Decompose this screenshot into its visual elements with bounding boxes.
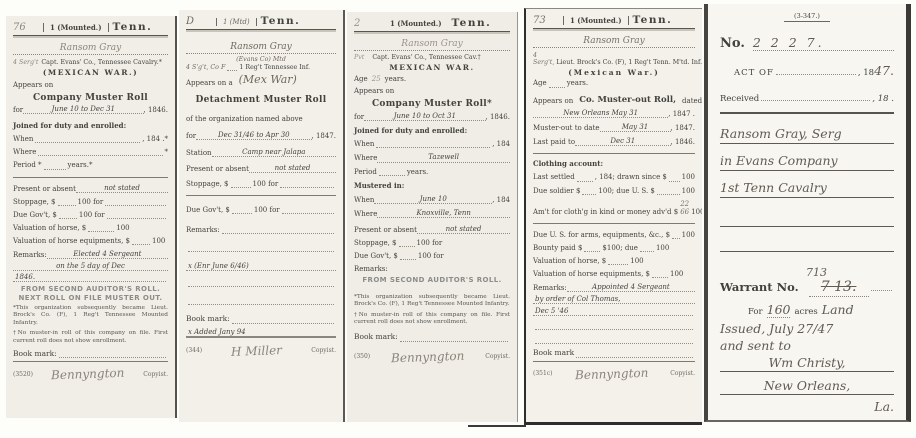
card5-warrant-number-note: 713 [806,266,894,279]
dotted-leader [59,211,77,219]
dotted-leader [640,244,654,252]
card2-roll-title: Detachment Muster Roll [186,95,336,105]
dotted-leader [379,168,405,176]
card4-war-label: (Mexican War.) [533,68,695,77]
card4-arms-100: 100 [682,231,695,239]
card3-appears-on: Appears on [354,87,394,95]
dotted-leader [582,187,596,195]
card1-roll-title: Company Muster Roll [13,93,168,103]
dotted-leader [188,297,334,305]
card4-bookmark-label: Book mark [533,349,574,358]
card5-acres-label: acres [794,308,817,318]
card4-valequip-label: Valuation of horse equipments, $ [533,270,650,278]
card4-print-code: (351c) [533,370,553,377]
dotted-leader [59,350,166,358]
card1-stamp-next-roll: NEXT ROLL ON FILE MUSTER OUT. [13,294,168,302]
card4-arms-label: Due U. S. for arms, equipments, &c., $ [533,231,670,239]
card4-state: Tenn. [633,14,673,26]
card4-dated-year: , 1847 . [668,110,695,118]
card5-agent-city: New Orleans, [720,378,894,395]
card5-no-value: 2 2 2 7. [753,36,894,51]
card4-card-number: 73 [533,15,559,26]
card5-land-word: Land [822,303,854,317]
card4-appears-on: Appears on [533,97,573,105]
card3-duegovt-label: Due Gov't, $ [354,252,398,260]
card3-mustered-heading: Mustered in: [354,182,404,190]
section-divider [720,112,894,114]
dotted-leader [776,67,856,75]
card1-appears-on: Appears on [13,81,53,89]
card2-organization: 1 Reg't Tennessee Inf. [239,64,310,71]
card4-copyist-label: Copyist. [670,370,695,377]
card5-agent-name: Wm Christy, [720,355,894,372]
card1-stoppage-100for: 100 for [78,198,104,206]
card3-roll-title: Company Muster Roll* [354,99,510,109]
soldier-name: Ransom Gray [186,42,336,54]
card5-sent-to-line: and sent to [720,338,894,353]
dotted-leader [44,162,66,170]
dotted-leader [584,244,600,252]
card3-print-code: (350) [354,353,370,360]
card1-joined-heading: Joined for duty and enrolled: [13,122,126,130]
card3-mustered-when-suffix: , 184 [492,196,510,204]
card2-station-value: Camp near Jalapa [212,148,336,157]
card3-for-year: , 1846. [486,113,511,121]
card2-remarks-label: Remarks: [186,226,220,234]
card5-warrant-label: Warrant No. [720,281,799,294]
card4-duesoldier-100: 100 [682,187,695,195]
card1-header: 76 1 (Mounted.) Tenn. [13,21,168,36]
card3-mustered-where-value: Knoxville, Tenn [377,209,510,218]
card-company-muster-roll-1846: 76 1 (Mounted.) Tenn. Ransom Gray 4 Serg… [6,16,177,418]
dotted-leader [132,237,150,245]
card2-unit: 1 (Mtd) [216,18,257,26]
card-company-muster-roll-oct-1846: 2 1 (Mounted.) Tenn. Ransom Gray Pvt Cap… [347,12,518,422]
section-divider [533,223,695,225]
card4-rank: 4 Serg't, [533,52,554,66]
card4-age-label: Age [533,79,547,87]
dotted-leader [399,239,415,247]
card2-bookmark-label: Book mark: [186,315,230,324]
dotted-leader [589,308,693,316]
card5-no-label: No. [720,37,745,52]
card4-unit: 1 (Mounted.) [563,16,629,25]
card4-settled-label: Last settled [533,173,575,181]
card3-remarks-label: Remarks: [354,265,388,273]
card1-bookmark-label: Book mark: [13,350,57,359]
card1-for-period: June 10 to Dec 31 [23,105,143,114]
card1-footnote-1: *This organization subsequently became L… [13,305,168,328]
card4-bounty-label: Bounty paid $ [533,244,582,252]
scan-edge-line [468,425,526,427]
card1-for-year: , 1846. [144,106,169,114]
card1-valequip-label: Valuation of horse equipments, $ [13,237,130,245]
card4-dated-label: dated [682,97,702,105]
card3-present-label: Present or absent [354,226,417,234]
card4-age-suffix: years. [567,79,588,87]
card2-card-number: D [186,16,212,27]
card1-stamp-second-auditors-roll: FROM SECOND AUDITOR'S ROLL. [13,285,168,293]
card5-agent-state: La. [720,399,894,414]
card5-form-code: (3-347.) [784,12,830,22]
card4-amt-label: Am't for cloth'g in kind or money adv'd … [533,208,678,216]
card3-rank: Pvt [354,54,364,61]
card1-remarks-line2: on the 5 day of Dec [13,262,168,271]
card2-bookmark-note: x Added Jany 94 [186,328,336,338]
card3-for-period: June 10 to Oct 31 [364,112,485,121]
card1-print-code: (3520) [13,371,33,378]
dotted-leader [400,334,508,342]
card5-issued-line: Issued, July 27/47 [720,321,894,336]
card2-stoppage-label: Stoppage, $ [186,180,229,188]
card4-remarks-line2: by order of Col Thomas, [533,295,695,304]
dotted-leader [672,231,680,239]
card-land-warrant: (3-347.) No. 2 2 2 7. ACT OF , 18 47. Re… [704,4,911,422]
card2-state: Tenn. [261,15,301,27]
card4-remarks-label: Remarks: [533,284,567,292]
card5-grantee-name: Ransom Gray, Serg [720,126,894,144]
card1-remarks-label: Remarks: [13,251,47,259]
soldier-name: Ransom Gray [533,36,695,48]
card5-received-label: Received [720,95,759,105]
card2-present-value: not stated [249,164,336,173]
card1-remarks-line1: Elected 4 Sergeant [47,250,168,259]
scanned-muster-roll-cards: 76 1 (Mounted.) Tenn. Ransom Gray 4 Serg… [0,0,916,438]
section-divider [533,153,695,155]
card1-for-label: for [13,106,23,114]
card2-duegovt-100for: 100 for [254,206,280,214]
card2-header: D 1 (Mtd) Tenn. [186,15,336,30]
card2-duegovt-label: Due Gov't, $ [186,206,230,214]
card1-where-label: Where [13,148,36,156]
dotted-leader [35,135,140,143]
card1-period-label: Period * [13,161,42,169]
card3-organization: Capt. Evans' Co., Tennessee Cav.† [372,54,480,61]
card3-copyist-signature: Bennyngton [391,348,465,365]
card2-for-label: for [186,132,196,140]
card4-bounty-due: $100; due [602,244,638,252]
card3-copyist-label: Copyist. [485,353,510,360]
section-divider [13,177,168,179]
card3-war-label: MEXICAN WAR. [354,63,510,72]
dotted-leader [669,174,680,182]
dotted-leader [871,283,892,291]
card2-copyist-label: Copyist. [311,347,336,354]
dotted-leader [576,350,693,358]
dotted-leader [608,257,628,265]
card4-amt-100: 100 [691,208,702,216]
card2-station-label: Station [186,149,212,157]
card1-rank: 4 Serg't [13,59,38,66]
card4-duesoldier-label: Due soldier $ [533,187,580,195]
card3-age-label: Age [354,75,368,83]
dotted-leader [761,93,870,101]
card4-musterout-label: Muster-out to date [533,124,600,132]
card4-due-us: 100; due U. S. $ [598,187,654,195]
blank-rule [720,220,894,227]
soldier-name: Ransom Gray [354,39,510,51]
dotted-leader [231,180,251,188]
card5-for-label: For [748,308,763,318]
dotted-leader [280,180,334,188]
dotted-leader [549,80,565,88]
card1-footnote-2: †No muster-in roll of this company on fi… [13,330,168,345]
card1-copyist-signature: Bennyngton [51,366,125,383]
card2-stoppage-100for: 100 for [253,180,279,188]
card1-duegovt-label: Due Gov't, $ [13,211,57,219]
dotted-leader [88,224,114,232]
card3-when-label: When [354,140,374,148]
card4-settled-184: , 184 [595,173,613,181]
card4-amt-value: 22 66 [680,200,689,216]
dotted-leader [376,140,490,148]
card3-mustered-where-label: Where [354,210,377,218]
card3-age-value: 25 [372,75,381,83]
section-divider [13,361,168,363]
card3-where-value: Tazewell [377,153,510,162]
card4-valhorse-label: Valuation of horse, $ [533,257,606,265]
card2-for-year: , 1847. [312,132,337,140]
card4-lastpaid-value: Dec 31 [575,137,670,146]
card1-organization: Capt. Evans' Co., Tennessee Cavalry.* [41,59,162,66]
card1-when-suffix: , 184 .* [142,135,168,143]
blank-rule [720,245,894,252]
card2-war-note: (Mex War) [239,74,297,87]
section-divider [186,195,336,197]
dotted-leader [232,316,334,324]
dotted-leader [227,63,237,71]
card3-bookmark-label: Book mark: [354,333,398,342]
card1-copyist-label: Copyist. [143,371,168,378]
card4-remarks-line3: Dec 5 '46 [533,307,587,316]
card1-when-label: When [13,135,33,143]
card1-unit: 1 (Mounted.) [43,23,109,32]
dotted-leader [577,174,593,182]
card3-period-suffix: years. [407,168,428,176]
card3-stoppage-label: Stoppage, $ [354,239,397,247]
card5-act-18: , 18 [858,69,874,79]
card3-joined-heading: Joined for duty and enrolled: [354,127,467,135]
dotted-leader [282,206,334,214]
dotted-leader [535,322,693,330]
card5-warrant-value: 7 13. [809,279,869,296]
card5-act-year-value: 47. [874,64,894,78]
card1-card-number: 76 [13,22,39,33]
card1-stoppage-label: Stoppage, $ [13,198,56,206]
card1-present-label: Present or absent [13,185,76,193]
card4-valequip-100: 100 [670,270,683,278]
card1-valequip-100: 100 [152,237,165,245]
dotted-leader [535,336,693,344]
card4-header: 73 1 (Mounted.) Tenn. [533,14,695,29]
card4-organization: Lieut. Brock's Co. (F), 1 Reg't Tenn. M'… [556,59,702,66]
dotted-leader [58,198,76,206]
card-muster-out-roll: 73 1 (Mounted.) Tenn. Ransom Gray 4 Serg… [524,8,702,425]
dotted-leader [232,206,252,214]
card3-stamp-second-auditors-roll: FROM SECOND AUDITOR'S ROLL. [354,276,510,284]
dotted-leader [188,244,334,252]
card1-period-suffix: years.* [68,161,93,169]
card2-rank: 4 S'g't, Co F [186,64,225,71]
soldier-name: Ransom Gray [13,43,168,55]
dotted-leader [400,252,416,260]
dotted-leader [59,274,166,282]
card4-settled-100: 100 [682,173,695,181]
card4-drawn-since: ; drawn since $ [613,173,667,181]
card4-musterout-year: , 1847. [671,124,696,132]
card1-duegovt-100for: 100 for [79,211,105,219]
card3-present-value: not stated [417,225,510,234]
dotted-leader [107,211,166,219]
card3-stoppage-100for: 100 for [417,239,443,247]
card4-dated-value: New Orleans May 31 [533,109,668,118]
card3-footnote-2: †No muster-in roll of this company on fi… [354,312,510,327]
card2-enrolled-note: x (Enr June 6/46) [186,262,336,271]
dotted-leader [188,279,334,287]
card5-acres-value: 160 [767,303,791,318]
card5-grantee-company: in Evans Company [720,153,894,171]
card3-age-suffix: years. [385,75,406,83]
card1-present-value: not stated [76,184,168,193]
card3-state: Tenn. [452,17,492,29]
card2-of-line: of the organization named above [186,115,303,123]
card2-appears-on: Appears on a [186,79,233,87]
card3-header: 2 1 (Mounted.) Tenn. [354,17,510,32]
card5-grantee-regiment: 1st Tenn Cavalry [720,180,894,198]
card2-copyist-signature: H Miller [231,343,282,359]
card2-present-label: Present or absent [186,165,249,173]
card2-print-code: (344) [186,347,202,354]
card3-card-number: 2 [354,18,380,29]
dotted-leader [105,198,166,206]
card3-unit: 1 (Mounted.) [384,19,448,28]
card4-musterout-value: May 31 [600,123,671,132]
card4-lastpaid-label: Last paid to [533,138,575,146]
card-detachment-muster-roll: D 1 (Mtd) Tenn. Ransom Gray (Evans Co) M… [179,10,345,422]
card2-company-note: (Evans Co) Mtd [186,56,336,63]
card5-print-code: (2043—4,000.) [720,420,894,422]
dotted-leader [657,187,680,195]
card1-valhorse-label: Valuation of horse, $ [13,224,86,232]
card4-roll-title: Co. Muster-out Roll, [579,96,676,106]
card1-where-suffix: * [165,148,169,156]
card3-mustered-when-label: When [354,196,374,204]
card4-bounty-100: 100 [656,244,669,252]
card3-duegovt-100for: 100 for [418,252,444,260]
card3-for-label: for [354,113,364,121]
card5-received-18: , 18 . [872,95,894,105]
card3-where-label: Where [354,154,377,162]
card5-act-label: ACT OF [734,69,774,79]
card3-period-label: Period [354,168,377,176]
section-divider [533,361,695,363]
card3-mustered-when-value: June 10 [374,195,492,204]
card4-lastpaid-year: , 1846. [671,138,696,146]
card1-valhorse-100: 100 [116,224,129,232]
card3-footnote-1: *This organization subsequently became L… [354,294,510,309]
card1-state: Tenn. [113,21,153,33]
card1-remarks-line3: 1846. [13,273,57,282]
card3-when-suffix: , 184 [492,140,510,148]
card4-copyist-signature: Bennyngton [574,365,648,382]
card2-for-period: Dec 31/46 to Apr 30 [196,131,311,140]
card4-clothing-heading: Clothing account: [533,160,603,168]
dotted-leader [222,226,334,234]
dotted-leader [652,270,668,278]
dotted-leader [38,148,162,156]
card4-remarks-line1: Appointed 4 Sergeant [567,283,695,292]
card1-war-label: (MEXICAN WAR.) [13,68,168,77]
card4-valhorse-100: 100 [630,257,643,265]
